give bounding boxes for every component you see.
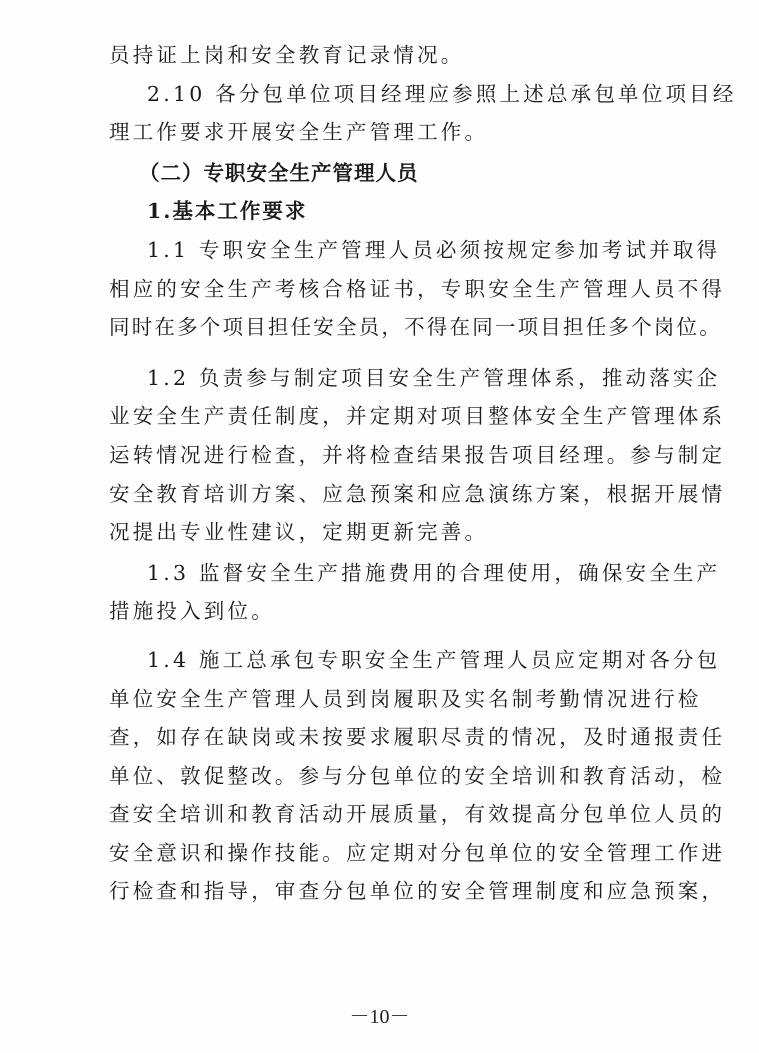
paragraph-2-10-line-2: 理工作要求开展安全生产管理工作。 — [109, 113, 654, 152]
paragraph-1-2-line-3: 运转情况进行检查，并将检查结果报告项目经理。参与制定 — [109, 436, 654, 475]
document-body: 员持证上岗和安全教育记录情况。 2.10 各分包单位项目经理应参照上述总承包单位… — [109, 36, 654, 911]
paragraph-2-10-line-1: 2.10 各分包单位项目经理应参照上述总承包单位项目经 — [109, 75, 654, 114]
paragraph-1-2-line-5: 况提出专业性建议，定期更新完善。 — [109, 513, 654, 552]
paragraph-1-4-line-1: 1.4 施工总承包专职安全生产管理人员应定期对各分包 — [109, 641, 654, 680]
paragraph-1-3-line-1: 1.3 监督安全生产措施费用的合理使用，确保安全生产 — [109, 554, 654, 593]
paragraph-continuation-line: 员持证上岗和安全教育记录情况。 — [109, 36, 654, 75]
paragraph-1-4-line-7: 行检查和指导，审查分包单位的安全管理制度和应急预案， — [109, 872, 654, 911]
paragraph-1-4-line-3: 查，如存在缺岗或未按要求履职尽责的情况，及时通报责任 — [109, 718, 654, 757]
paragraph-1-1-line-2: 相应的安全生产考核合格证书，专职安全生产管理人员不得 — [109, 270, 654, 309]
paragraph-1-1-line-1: 1.1 专职安全生产管理人员必须按规定参加考试并取得 — [109, 231, 654, 270]
paragraph-1-2-line-2: 业安全生产责任制度，并定期对项目整体安全生产管理体系 — [109, 397, 654, 436]
paragraph-1-2-line-1: 1.2 负责参与制定项目安全生产管理体系，推动落实企 — [109, 359, 654, 398]
subsection-heading: 1.基本工作要求 — [109, 192, 654, 231]
paragraph-1-4-line-5: 查安全培训和教育活动开展质量，有效提高分包单位人员的 — [109, 795, 654, 834]
document-page: 员持证上岗和安全教育记录情况。 2.10 各分包单位项目经理应参照上述总承包单位… — [0, 0, 759, 1053]
page-number: －10－ — [0, 1000, 759, 1029]
paragraph-1-3-line-2: 措施投入到位。 — [109, 592, 654, 631]
paragraph-1-4-line-2: 单位安全生产管理人员到岗履职及实名制考勤情况进行检 — [109, 680, 654, 719]
paragraph-1-2-line-4: 安全教育培训方案、应急预案和应急演练方案，根据开展情 — [109, 475, 654, 514]
paragraph-1-4-line-4: 单位、敦促整改。参与分包单位的安全培训和教育活动，检 — [109, 757, 654, 796]
paragraph-1-1-line-3: 同时在多个项目担任安全员，不得在同一项目担任多个岗位。 — [109, 308, 654, 347]
paragraph-1-4-line-6: 安全意识和操作技能。应定期对分包单位的安全管理工作进 — [109, 834, 654, 873]
section-heading: （二）专职安全生产管理人员 — [109, 154, 654, 193]
